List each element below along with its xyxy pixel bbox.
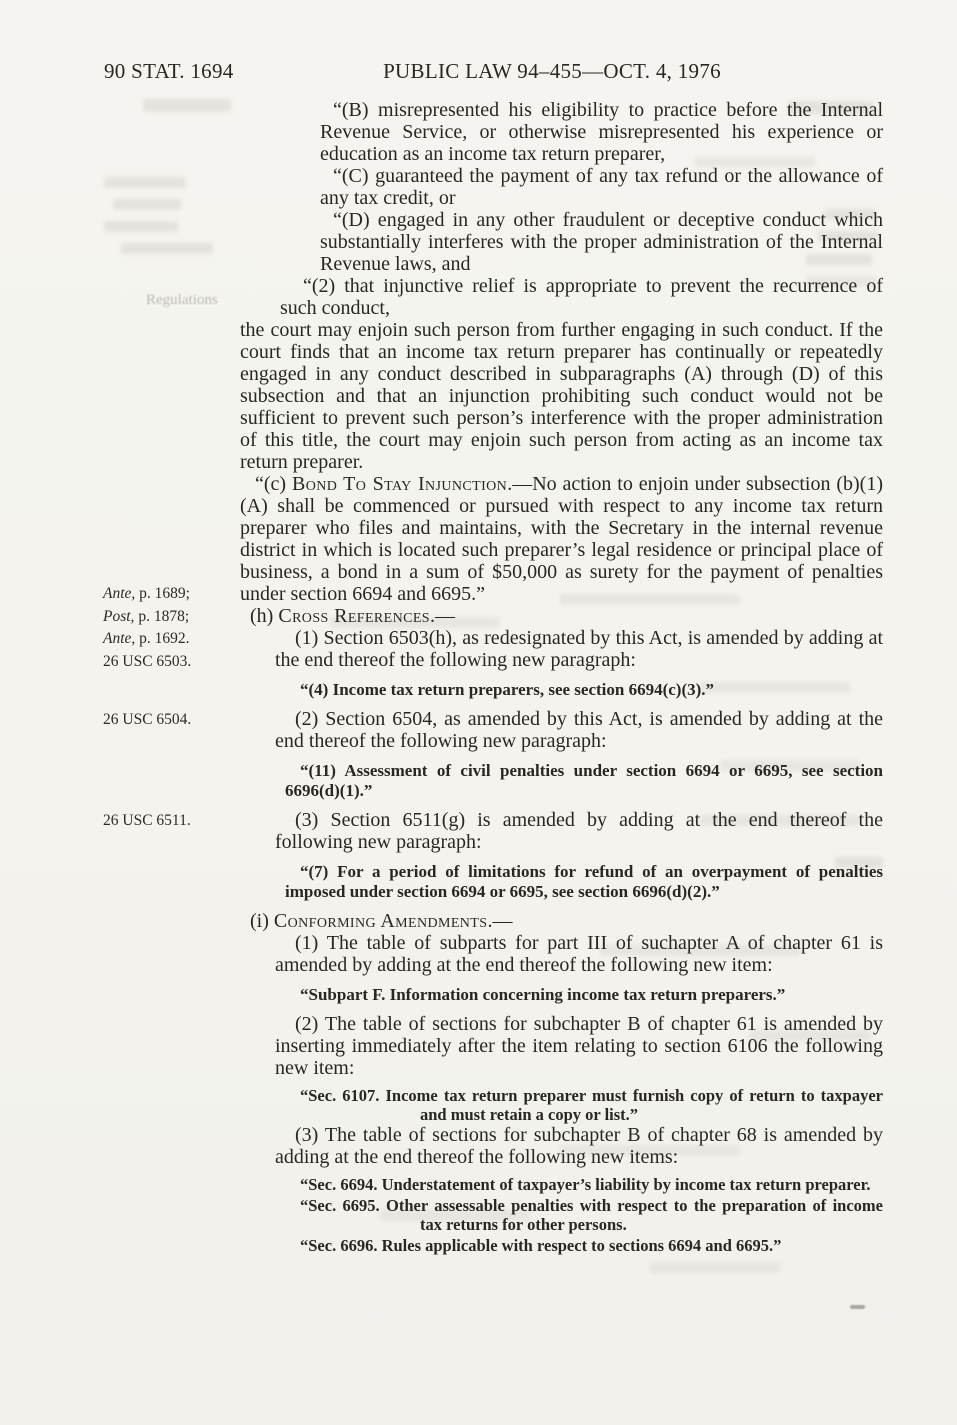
margin-note-line: Ante, p. 1689;	[103, 583, 235, 606]
text-run: (2) Section 6504, as amended by this Act…	[275, 708, 883, 752]
conforming-1: (1) The table of subparts for part III o…	[240, 932, 883, 976]
text-run: “Sec. 6694. Understatement of taxpayer’s…	[300, 1175, 871, 1194]
margin-note: 26 USC 6511.	[103, 810, 235, 833]
text-run: “Sec. 6696. Rules applicable with respec…	[300, 1236, 781, 1255]
text-run: Post,	[103, 608, 134, 625]
text-run: Ante,	[103, 630, 135, 647]
text-run: “(11) Assessment of civil penalties unde…	[285, 761, 883, 800]
text-run: p. 1692.	[135, 630, 189, 647]
text-run: Ante,	[103, 585, 135, 602]
bleedthrough-smudge	[143, 99, 231, 112]
text-run: (1) Section 6503(h), as redesignated by …	[275, 627, 883, 671]
margin-note-line: Post, p. 1878;	[103, 606, 235, 629]
text-run: the court may enjoin such person from fu…	[240, 319, 883, 473]
injunction-text: the court may enjoin such person from fu…	[240, 319, 883, 473]
bleedthrough-smudge	[104, 177, 186, 188]
sec-6695-item: “Sec. 6695. Other assessable penalties w…	[240, 1196, 883, 1234]
stray-ink-mark	[850, 1305, 865, 1309]
margin-note: 26 USC 6504.	[103, 709, 235, 732]
text-run: “Sec. 6107. Income tax return preparer m…	[300, 1086, 883, 1124]
conforming-amendments-heading: (i) Conforming Amendments.—	[240, 910, 883, 932]
bleedthrough-text: Regulations	[146, 292, 218, 309]
note-6694c3: “(4) Income tax return preparers, see se…	[240, 680, 883, 700]
cross-references-heading: (h) Cross References.—Ante, p. 1689;Post…	[240, 605, 883, 627]
text-run: (2) The table of sections for subchapter…	[275, 1013, 883, 1079]
text-run: 26 USC 6511.	[103, 812, 191, 829]
text-run: “(2) that injunctive relief is appropria…	[280, 275, 883, 319]
text-run: “(4) Income tax return preparers, see se…	[300, 680, 714, 699]
text-run: 26 USC 6504.	[103, 711, 191, 728]
sec-6107-item: “Sec. 6107. Income tax return preparer m…	[240, 1086, 883, 1124]
margin-note-line: 26 USC 6503.	[103, 651, 235, 674]
bleedthrough-smudge	[121, 243, 213, 254]
clause-2: “(2) that injunctive relief is appropria…	[240, 275, 883, 319]
text-run: (3) Section 6511(g) is amended by adding…	[275, 809, 883, 853]
text-run: Cross References	[278, 605, 430, 627]
text-run: (3) The table of sections for subchapter…	[275, 1124, 883, 1168]
clause-D: “(D) engaged in any other fraudulent or …	[240, 209, 883, 275]
text-run: (1) The table of subparts for part III o…	[275, 932, 883, 976]
margin-note-line: 26 USC 6511.	[103, 810, 235, 833]
clause-B: “(B) misrepresented his eligibility to p…	[240, 99, 883, 165]
text-run: “(C) guaranteed the payment of any tax r…	[320, 165, 883, 209]
text-run: .—	[487, 910, 512, 932]
text-run: (i)	[250, 910, 274, 932]
margin-note: Ante, p. 1689;Post, p. 1878;Ante, p. 169…	[103, 583, 235, 673]
text-run: Bond To Stay Injunction	[292, 473, 507, 495]
conforming-2: (2) The table of sections for subchapter…	[240, 1013, 883, 1079]
bond-to-stay-injunction: “(c) Bond To Stay Injunction.—No action …	[240, 473, 883, 605]
page-number-stat: 90 STAT. 1694	[104, 59, 234, 84]
text-run: “Sec. 6695. Other assessable penalties w…	[300, 1196, 883, 1234]
subpart-f-item: “Subpart F. Information concerning incom…	[240, 985, 883, 1005]
cross-ref-1: (1) Section 6503(h), as redesignated by …	[240, 627, 883, 671]
clause-C: “(C) guaranteed the payment of any tax r…	[240, 165, 883, 209]
margin-note-line: 26 USC 6504.	[103, 709, 235, 732]
conforming-3: (3) The table of sections for subchapter…	[240, 1124, 883, 1168]
text-run: “(7) For a period of limitations for ref…	[285, 862, 883, 901]
note-6696d2: “(7) For a period of limitations for ref…	[240, 862, 883, 902]
sec-6694-item: “Sec. 6694. Understatement of taxpayer’s…	[240, 1175, 883, 1194]
text-run: Conforming Amendments	[274, 910, 488, 932]
bleedthrough-smudge	[113, 199, 181, 210]
text-run: “(c)	[255, 473, 292, 495]
text-run: .—	[430, 605, 455, 627]
cross-ref-2: (2) Section 6504, as amended by this Act…	[240, 708, 883, 752]
note-6696d1: “(11) Assessment of civil penalties unde…	[240, 761, 883, 801]
scanned-statute-page: Regulations 90 STAT. 1694 PUBLIC LAW 94–…	[0, 0, 957, 1425]
text-run: p. 1878;	[134, 608, 189, 625]
bleedthrough-smudge	[104, 221, 178, 232]
bleedthrough-smudge	[650, 1262, 780, 1273]
text-run: “(D) engaged in any other fraudulent or …	[320, 209, 883, 275]
text-run: “(B) misrepresented his eligibility to p…	[320, 99, 883, 165]
cross-ref-3: (3) Section 6511(g) is amended by adding…	[240, 809, 883, 853]
text-run: 26 USC 6503.	[103, 653, 191, 670]
body-column: “(B) misrepresented his eligibility to p…	[240, 99, 883, 1255]
sec-6696-item: “Sec. 6696. Rules applicable with respec…	[240, 1236, 883, 1255]
page-title: PUBLIC LAW 94–455—OCT. 4, 1976	[231, 59, 873, 84]
text-run: “Subpart F. Information concerning incom…	[300, 985, 785, 1004]
text-run: (h)	[250, 605, 278, 627]
margin-note-line: Ante, p. 1692.	[103, 628, 235, 651]
text-run: p. 1689;	[135, 585, 190, 602]
